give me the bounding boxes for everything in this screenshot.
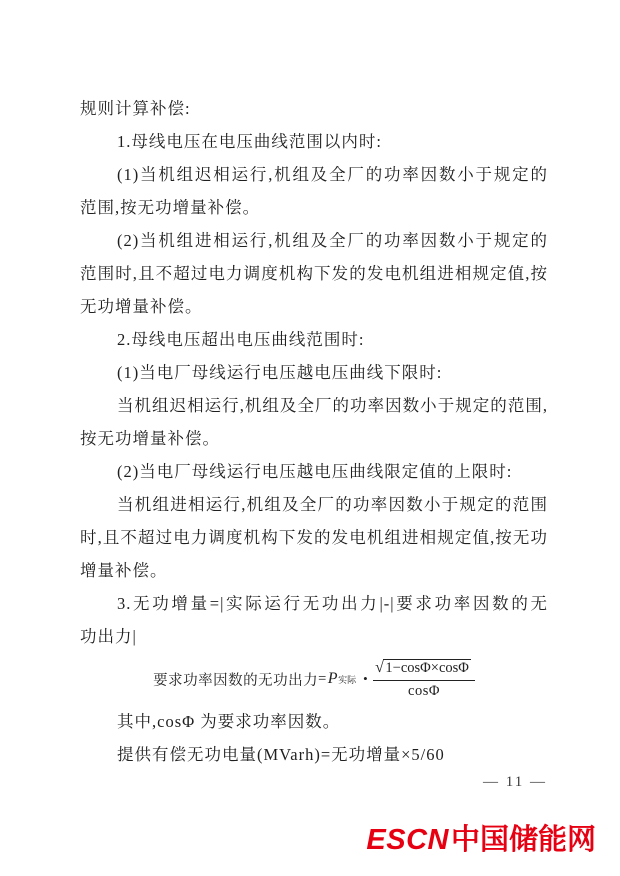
formula-equals: =: [318, 671, 327, 688]
text-line: 范围时,且不超过电力调度机构下发的发电机组进相规定值,按: [80, 257, 548, 290]
text-line: 时,且不超过电力调度机构下发的发电机组进相规定值,按无功: [80, 521, 548, 554]
formula-subscript: 实际: [338, 673, 356, 686]
page-number: — 11 —: [483, 772, 547, 792]
escn-logo-latin: ESCN: [366, 824, 451, 856]
text-line: 当机组进相运行,机组及全厂的功率因数小于规定的范围: [80, 488, 548, 521]
text-line: 增量补偿。: [80, 554, 548, 587]
formula-variable-p: P: [327, 670, 338, 688]
text-line: 其中,cosΦ 为要求功率因数。: [80, 705, 548, 738]
text-line: 1.母线电压在电压曲线范围以内时:: [80, 125, 548, 158]
fraction-numerator: √1−cosΦ×cosΦ: [373, 657, 475, 681]
text-line: 无功增量补偿。: [80, 290, 548, 323]
escn-logo-chinese: 中国储能网: [451, 824, 596, 856]
radicand: 1−cosΦ×cosΦ: [383, 659, 470, 676]
text-line: 功出力|: [80, 620, 548, 653]
reactive-power-formula: 要求功率因数的无功出力=P实际•√1−cosΦ×cosΦcosΦ: [80, 653, 548, 705]
text-line: 2.母线电压超出电压曲线范围时:: [80, 323, 548, 356]
text-line: 提供有偿无功电量(MVarh)=无功增量×5/60: [80, 738, 548, 771]
document-page: 规则计算补偿: 1.母线电压在电压曲线范围以内时: (1)当机组迟相运行,机组及…: [0, 0, 620, 876]
text-line: 按无功增量补偿。: [80, 422, 548, 455]
text-line: 当机组迟相运行,机组及全厂的功率因数小于规定的范围,: [80, 389, 548, 422]
formula-fraction: √1−cosΦ×cosΦcosΦ: [373, 657, 475, 700]
text-line: (2)当电厂母线运行电压越电压曲线限定值的上限时:: [80, 455, 548, 488]
text-line: 规则计算补偿:: [80, 92, 548, 125]
formula-label: 要求功率因数的无功出力: [153, 669, 318, 690]
text-line: (2)当机组进相运行,机组及全厂的功率因数小于规定的: [80, 224, 548, 257]
text-line: 范围,按无功增量补偿。: [80, 191, 548, 224]
escn-logo: ESCN中国储能网: [366, 824, 596, 856]
text-line: (1)当电厂母线运行电压越电压曲线下限时:: [80, 356, 548, 389]
fraction-denominator: cosΦ: [408, 681, 440, 700]
text-line: 3.无功增量=|实际运行无功出力|-|要求功率因数的无: [80, 587, 548, 620]
text-line: (1)当机组迟相运行,机组及全厂的功率因数小于规定的: [80, 158, 548, 191]
dot-operator: •: [356, 671, 373, 687]
document-body: 规则计算补偿: 1.母线电压在电压曲线范围以内时: (1)当机组迟相运行,机组及…: [80, 92, 548, 771]
